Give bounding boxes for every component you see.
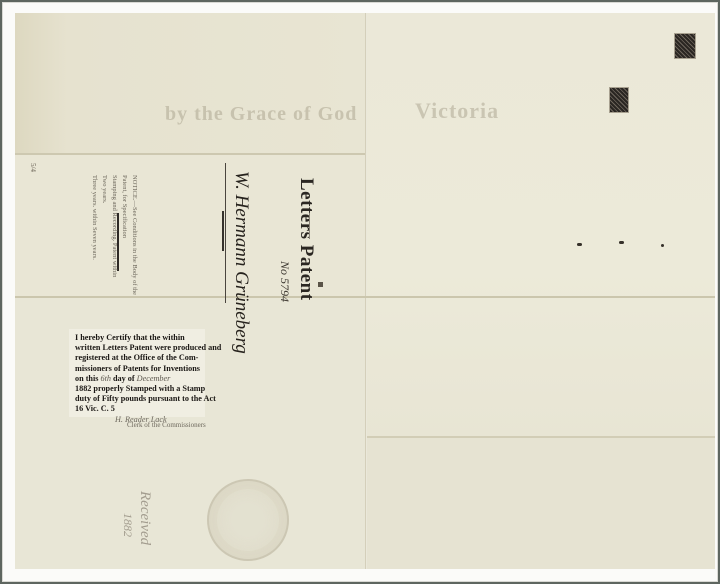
notice-line: NOTICE.—See Conditions in the Body of th… <box>129 175 139 295</box>
handwritten-day: 6th <box>100 374 110 383</box>
notice-line: Patent, for Specification <box>119 175 129 295</box>
cert-line: I hereby Certify that the within <box>75 333 199 343</box>
ink-mark <box>619 241 624 244</box>
bleed-through-grace: by the Grace of God <box>165 103 357 126</box>
bleed-through-victoria: Victoria <box>415 98 499 124</box>
divider-rule <box>309 213 310 239</box>
cert-day-of: day of <box>113 374 135 383</box>
ink-mark <box>577 243 582 246</box>
revenue-stamp-icon <box>609 87 629 113</box>
vertical-fold-line <box>365 13 367 569</box>
cert-date-line: on this 6th day of December <box>75 374 199 384</box>
handwritten-month: December <box>137 374 171 383</box>
scan-frame: Victoria by the Grace of God Letters Pat… <box>2 2 718 582</box>
corner-annotation: 5/4 <box>29 163 37 172</box>
registration-certificate: I hereby Certify that the within written… <box>69 329 205 417</box>
fold-panel-right <box>367 13 715 438</box>
patent-number: No 5794 <box>277 261 292 302</box>
notice-block: NOTICE.—See Conditions in the Body of th… <box>89 175 139 295</box>
ink-mark <box>318 282 323 287</box>
divider-rule <box>225 163 226 303</box>
horizontal-fold-line <box>15 153 365 155</box>
document-sheet: Victoria by the Grace of God Letters Pat… <box>15 13 715 569</box>
horizontal-fold-line <box>15 296 715 298</box>
grantee-name: W. Hermann Grüneberg <box>230 171 252 354</box>
letters-patent-title: Letters Patent <box>295 178 317 301</box>
pencil-note: 1882 <box>120 513 135 537</box>
notice-line: Two years. <box>99 175 109 295</box>
fold-panel-top-left <box>15 13 365 153</box>
cert-date-prefix: on this <box>75 374 98 383</box>
ink-mark <box>661 244 664 247</box>
notice-line: Three years. within Seven years. <box>89 175 99 295</box>
embossed-seal-icon <box>207 479 289 561</box>
horizontal-fold-line <box>367 436 715 438</box>
notice-line: Stamping and Recording. Patent within <box>109 175 119 295</box>
fold-panel-bottom-right <box>367 438 715 569</box>
cert-line: 16 Vic. C. 5 <box>75 404 199 414</box>
ink-rule <box>222 211 224 251</box>
cert-line: duty of Fifty pounds pursuant to the Act <box>75 394 199 404</box>
cert-line: missioners of Patents for Inventions <box>75 364 199 374</box>
pencil-note: Received <box>136 491 153 545</box>
cert-line: 1882 properly Stamped with a Stamp <box>75 384 199 394</box>
cert-line: registered at the Office of the Com- <box>75 353 199 363</box>
clerk-label: Clerk of the Commissioners <box>127 421 206 429</box>
cert-line: written Letters Patent were produced and <box>75 343 199 353</box>
corner-stamp-icon <box>674 33 696 59</box>
